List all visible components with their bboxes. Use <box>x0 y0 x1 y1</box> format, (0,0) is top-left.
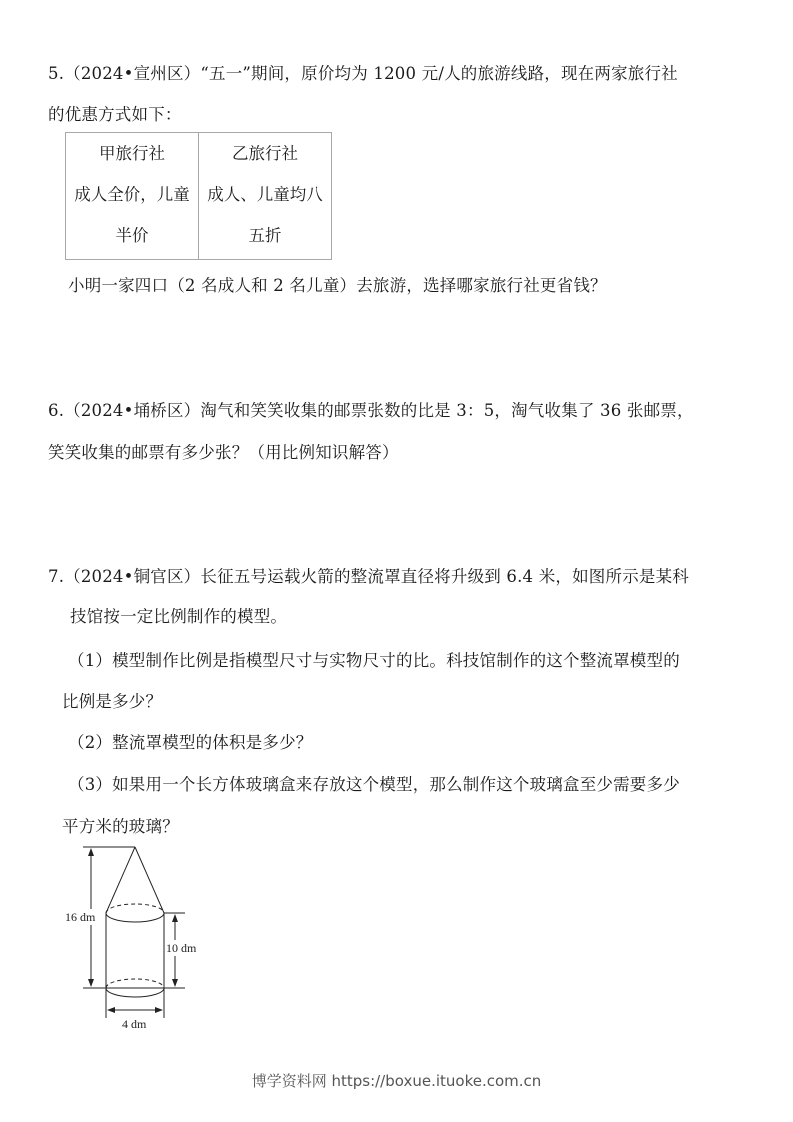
q7-sub2: （2）整流罩模型的体积是多少？ <box>68 729 313 753</box>
total-height-label: 16 dm <box>65 910 96 924</box>
agency-b-offer-1: 成人、儿童均八 <box>199 174 331 215</box>
q7-sub1-line2: 比例是多少？ <box>62 688 162 712</box>
agency-a-offer-2: 半价 <box>66 215 198 256</box>
agency-a-offer-1: 成人全价，儿童 <box>66 174 198 215</box>
agency-b-name: 乙旅行社 <box>199 133 331 174</box>
q6-text-line1: 6.（2024•埇桥区）淘气和笑笑收集的邮票张数的比是 3：5，淘气收集了 36… <box>48 397 694 421</box>
agency-b-cell: 乙旅行社 成人、儿童均八 五折 <box>199 133 332 260</box>
agency-a-cell: 甲旅行社 成人全价，儿童 半价 <box>66 133 199 260</box>
diameter-label: 4 dm <box>122 1017 147 1031</box>
q7-text-line2: 技馆按一定比例制作的模型。 <box>70 603 287 627</box>
agency-b-offer-2: 五折 <box>199 215 331 256</box>
agency-a-name: 甲旅行社 <box>66 133 198 174</box>
fairing-model-figure: 16 dm 10 dm 4 dm <box>55 835 225 1035</box>
travel-agency-table: 甲旅行社 成人全价，儿童 半价 乙旅行社 成人、儿童均八 五折 <box>65 132 332 260</box>
q7-sub3-line2: 平方米的玻璃？ <box>62 813 179 837</box>
footer-watermark: 博学资料网 https://boxue.ituoke.com.cn <box>0 1070 793 1091</box>
q5-text-line1: 5.（2024•宣州区）“五一”期间，原价均为 1200 元/人的旅游线路，现在… <box>48 60 678 84</box>
cylinder-height-label: 10 dm <box>166 941 197 955</box>
q5-question: 小明一家四口（2 名成人和 2 名儿童）去旅游，选择哪家旅行社更省钱？ <box>68 272 607 296</box>
q7-sub1-line1: （1）模型制作比例是指模型尺寸与实物尺寸的比。科技馆制作的这个整流罩模型的 <box>68 647 680 671</box>
q5-text-line2: 的优惠方式如下： <box>48 101 182 125</box>
q7-text-line1: 7.（2024•铜官区）长征五号运载火箭的整流罩直径将升级到 6.4 米，如图所… <box>48 563 689 587</box>
q6-text-line2: 笑笑收集的邮票有多少张？（用比例知识解答） <box>48 439 399 463</box>
q7-sub3-line1: （3）如果用一个长方体玻璃盒来存放这个模型，那么制作这个玻璃盒至少需要多少 <box>68 771 680 795</box>
